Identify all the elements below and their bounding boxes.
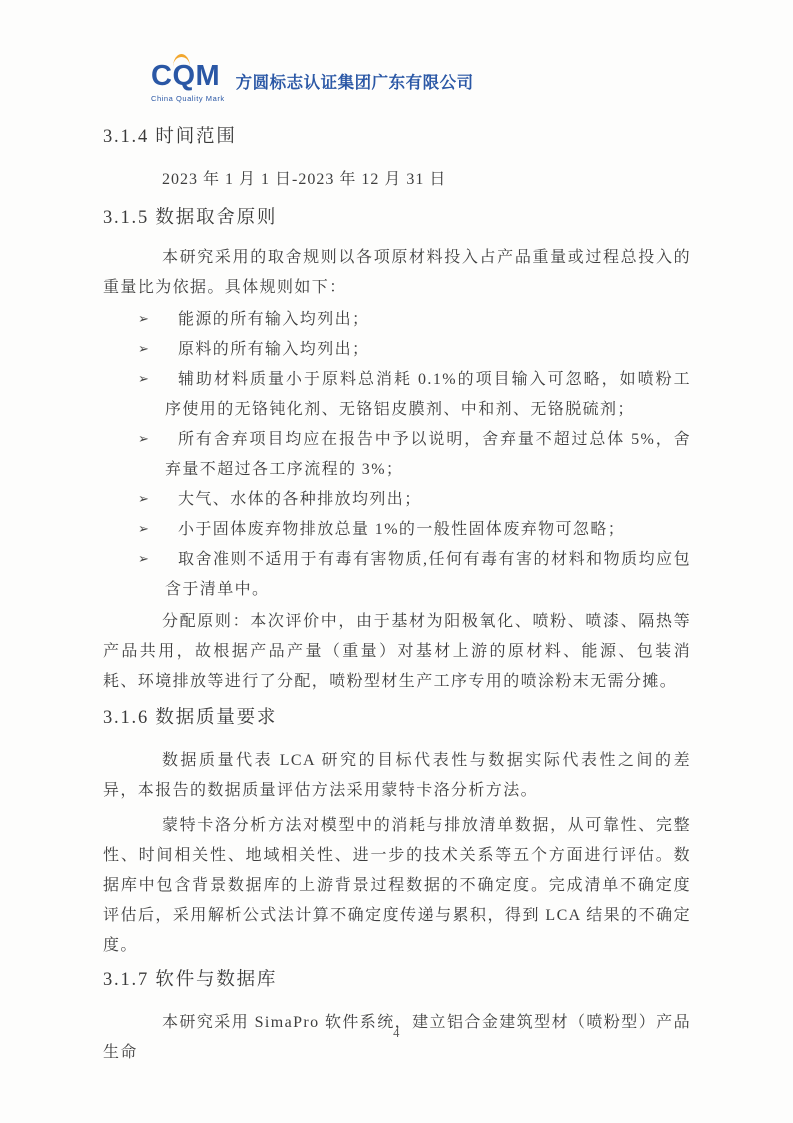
list-item-text: 原料的所有输入均列出； [178,341,369,358]
document-body: 3.1.4 时间范围 2023 年 1 月 1 日-2023 年 12 月 31… [103,124,691,1068]
cqm-logo-mark: CQM [151,62,225,91]
arrow-bullet-icon: ➢ [138,425,150,455]
logo-tagline: China Quality Mark [151,94,225,103]
list-item-text: 所有舍弃项目均应在报告中予以说明，舍弃量不超过总体 5%，舍弃量不超过各工序流程… [165,431,691,478]
section-heading-3-1-4: 3.1.4 时间范围 [103,124,691,150]
page-number: 4 [393,1026,400,1040]
list-item: ➢ 所有舍弃项目均应在报告中予以说明，舍弃量不超过总体 5%，舍弃量不超过各工序… [165,425,691,485]
company-logo: CQM China Quality Mark 方圆标志认证集团广东有限公司 [151,62,474,103]
list-item-text: 取舍准则不适用于有毒有害物质,任何有毒有害的材料和物质均应包含于清单中。 [165,551,691,598]
section-heading-3-1-5: 3.1.5 数据取舍原则 [103,205,691,231]
list-item: ➢ 原料的所有输入均列出； [165,335,691,365]
list-item: ➢ 小于固体废弃物排放总量 1%的一般性固体废弃物可忽略； [165,515,691,545]
list-item-text: 小于固体废弃物排放总量 1%的一般性固体废弃物可忽略； [178,521,625,538]
cutoff-rule-list: ➢ 能源的所有输入均列出； ➢ 原料的所有输入均列出； ➢ 辅助材料质量小于原料… [165,305,691,605]
date-range-text: 2023 年 1 月 1 日-2023 年 12 月 31 日 [103,165,691,195]
paragraph-rules-intro: 本研究采用的取舍规则以各项原材料投入占产品重量或过程总投入的重量比为依据。具体规… [103,243,691,303]
cqm-logo-block: CQM China Quality Mark [151,62,225,103]
paragraph-quality-method: 蒙特卡洛分析方法对模型中的消耗与排放清单数据，从可靠性、完整性、时间相关性、地域… [103,811,691,961]
arrow-bullet-icon: ➢ [138,365,150,395]
list-item-text: 辅助材料质量小于原料总消耗 0.1%的项目输入可忽略，如喷粉工序使用的无铬钝化剂… [165,371,691,418]
list-item-text: 能源的所有输入均列出； [178,311,369,328]
section-heading-3-1-6: 3.1.6 数据质量要求 [103,705,691,731]
arrow-bullet-icon: ➢ [138,515,150,545]
list-item: ➢ 取舍准则不适用于有毒有害物质,任何有毒有害的材料和物质均应包含于清单中。 [165,545,691,605]
list-item: ➢ 辅助材料质量小于原料总消耗 0.1%的项目输入可忽略，如喷粉工序使用的无铬钝… [165,365,691,425]
document-page: CQM China Quality Mark 方圆标志认证集团广东有限公司 3.… [0,0,793,1123]
arrow-bullet-icon: ➢ [138,485,150,515]
cqm-arc-icon [173,54,190,67]
arrow-bullet-icon: ➢ [138,335,150,365]
paragraph-allocation: 分配原则：本次评价中，由于基材为阳极氧化、喷粉、喷漆、隔热等产品共用，故根据产品… [103,607,691,697]
list-item-text: 大气、水体的各种排放均列出； [178,491,422,508]
arrow-bullet-icon: ➢ [138,545,150,575]
arrow-bullet-icon: ➢ [138,305,150,335]
company-name: 方圆标志认证集团广东有限公司 [236,69,474,93]
paragraph-quality-intro: 数据质量代表 LCA 研究的目标代表性与数据实际代表性之间的差异，本报告的数据质… [103,746,691,806]
list-item: ➢ 能源的所有输入均列出； [165,305,691,335]
section-heading-3-1-7: 3.1.7 软件与数据库 [103,967,691,993]
list-item: ➢ 大气、水体的各种排放均列出； [165,485,691,515]
page-footer: 4 [0,1026,793,1041]
